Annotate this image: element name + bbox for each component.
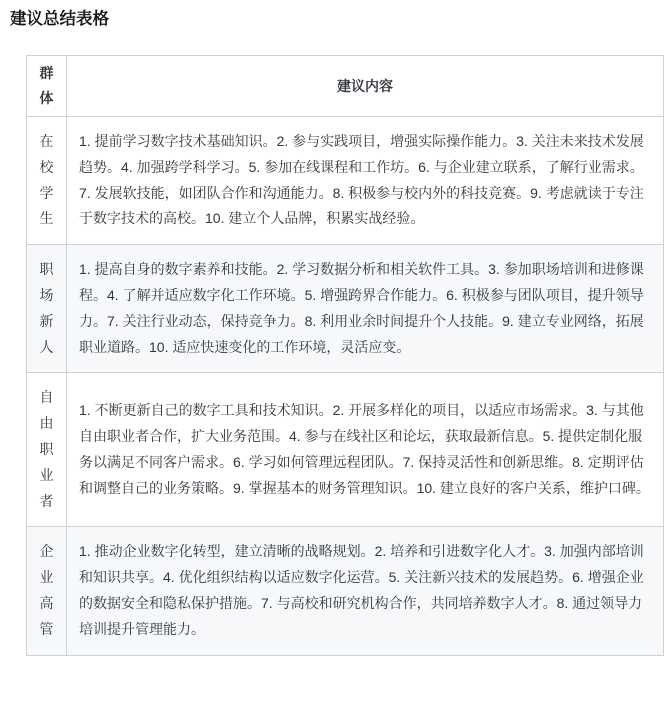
table-row: 在校学生 1. 提前学习数字技术基础知识。2. 参与实践项目，增强实际操作能力。… (27, 117, 664, 245)
group-cell-freelancers: 自由职业者 (27, 373, 67, 527)
header-row: 群体 建议内容 (27, 56, 664, 117)
table-body: 在校学生 1. 提前学习数字技术基础知识。2. 参与实践项目，增强实际操作能力。… (27, 117, 664, 656)
group-cell-executives: 企业高管 (27, 527, 67, 655)
header-cell-content: 建议内容 (67, 56, 664, 117)
table-row: 企业高管 1. 推动企业数字化转型，建立清晰的战略规划。2. 培养和引进数字化人… (27, 527, 664, 655)
content-cell-students: 1. 提前学习数字技术基础知识。2. 参与实践项目，增强实际操作能力。3. 关注… (67, 117, 664, 245)
table-header: 群体 建议内容 (27, 56, 664, 117)
header-cell-group: 群体 (27, 56, 67, 117)
table-row: 自由职业者 1. 不断更新自己的数字工具和技术知识。2. 开展多样化的项目，以适… (27, 373, 664, 527)
content-cell-newcomers: 1. 提高自身的数字素养和技能。2. 学习数据分析和相关软件工具。3. 参加职场… (67, 245, 664, 373)
content-cell-freelancers: 1. 不断更新自己的数字工具和技术知识。2. 开展多样化的项目，以适应市场需求。… (67, 373, 664, 527)
group-cell-newcomers: 职场新人 (27, 245, 67, 373)
page-title: 建议总结表格 (10, 8, 662, 30)
content-cell-executives: 1. 推动企业数字化转型，建立清晰的战略规划。2. 培养和引进数字化人才。3. … (67, 527, 664, 655)
suggestions-table: 群体 建议内容 在校学生 1. 提前学习数字技术基础知识。2. 参与实践项目，增… (26, 55, 664, 656)
group-cell-students: 在校学生 (27, 117, 67, 245)
table-row: 职场新人 1. 提高自身的数字素养和技能。2. 学习数据分析和相关软件工具。3.… (27, 245, 664, 373)
